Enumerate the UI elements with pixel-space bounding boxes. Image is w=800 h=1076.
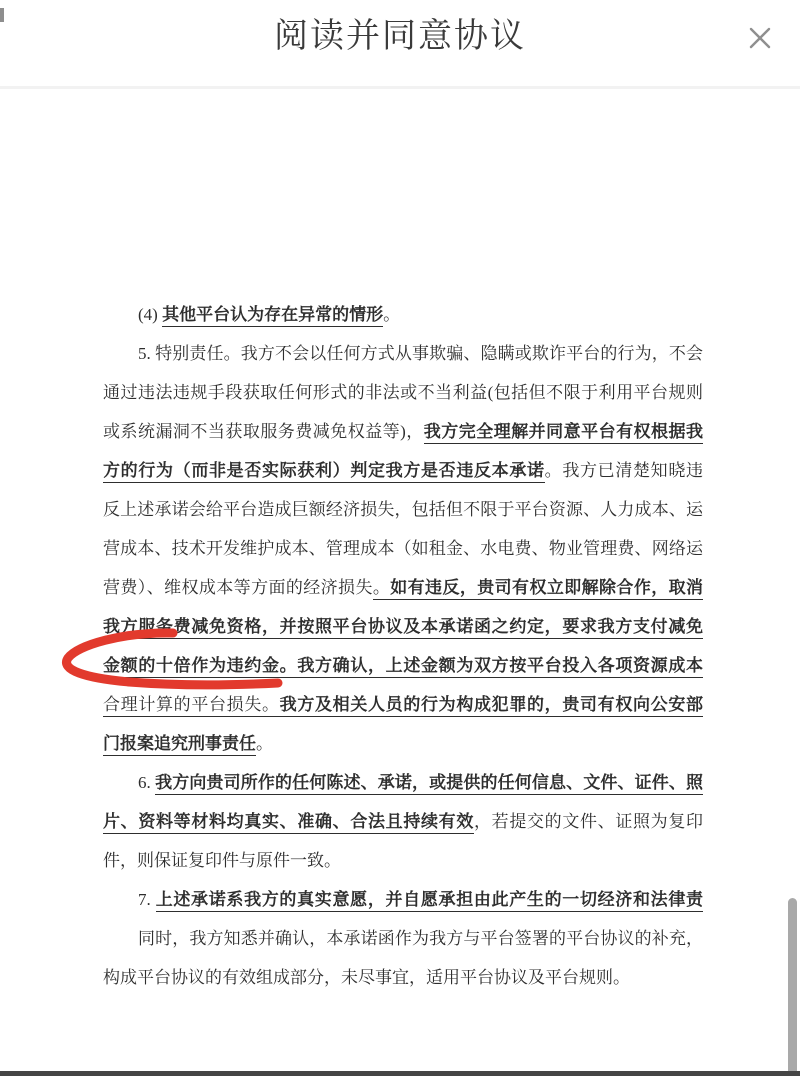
doc-text-segment: 上述承诺系我方的真实意愿，并自愿承担由此产生的一切经济和法律责任: [103, 890, 703, 919]
doc-line: 5. 特别责任。我方不会以任何方式从事欺骗、隐瞒或欺诈平台的行为，不会: [103, 334, 703, 373]
doc-text-segment: 或系统漏洞不当获取服务费减免权益等)，: [103, 422, 424, 441]
agreement-scroll-area[interactable]: (4) 其他平台认为存在异常的情形。5. 特别责任。我方不会以任何方式从事欺骗、…: [0, 89, 800, 1070]
doc-text-segment: 件，则保证复印件与原件一致。: [103, 851, 341, 870]
doc-text-segment: 。: [373, 578, 390, 600]
doc-line: 同时，我方知悉并确认，本承诺函作为我方与平台签署的平台协议的补充，: [103, 919, 703, 958]
doc-line: 门报案追究刑事责任。: [103, 724, 703, 763]
scan-edge-artifact: [0, 8, 4, 22]
doc-line: 方的行为（而非是否实际获利）判定我方是否违反本承诺。我方已清楚知晓违: [103, 451, 703, 490]
doc-line: 合理计算的平台损失。我方及相关人员的行为构成犯罪的，贵司有权向公安部: [103, 685, 703, 724]
doc-line: (4) 其他平台认为存在异常的情形。: [103, 295, 703, 334]
dialog-title: 阅读并同意协议: [274, 16, 526, 56]
doc-text-segment: 。: [383, 305, 400, 324]
doc-text-segment: 我方及相关人员的行为构成犯罪的，贵司有权向公安部: [280, 695, 703, 717]
doc-text-segment: 营成本、技术开发维护成本、管理成本（如租金、水电费、物业管理费、网络运: [103, 539, 703, 558]
close-button[interactable]: [744, 22, 776, 54]
doc-text-segment: 合理计算的平台损失。: [103, 695, 280, 717]
scrollbar-thumb[interactable]: [788, 898, 797, 1072]
doc-text-segment: 我方完全理解并同意平台有权根据我: [424, 422, 703, 444]
doc-text-segment: 如有违反，贵司有权立即解除合作，取消: [390, 578, 703, 600]
doc-line: 我方服务费减免资格，并按照平台协议及本承诺函之约定，要求我方支付减免: [103, 607, 703, 646]
doc-line: 营成本、技术开发维护成本、管理成本（如租金、水电费、物业管理费、网络运: [103, 529, 703, 568]
doc-text-segment: 金额的十倍作为违约金。我方确认，上述金额为双方按平台投入各项资源成本: [103, 656, 703, 678]
doc-line: 反上述承诺会给平台造成巨额经济损失，包括但不限于平台资源、人力成本、运: [103, 490, 703, 529]
doc-text-segment: 我方向贵司所作的任何陈述、承诺，或提供的任何信息、文件、证件、照: [155, 773, 703, 795]
doc-text-segment: 反上述承诺会给平台造成巨额经济损失，包括但不限于平台资源、人力成本、运: [103, 500, 703, 519]
doc-text-segment: 构成平台协议的有效组成部分，未尽事宜，适用平台协议及平台规则。: [103, 968, 630, 987]
doc-text-segment: 5. 特别责任。我方不会以任何方式从事欺骗、隐瞒或欺诈平台的行为，不会: [138, 344, 703, 363]
doc-text-segment: 同时，我方知悉并确认，本承诺函作为我方与平台签署的平台协议的补充，: [138, 929, 703, 948]
doc-line: 营费）、维权成本等方面的经济损失。如有违反，贵司有权立即解除合作，取消: [103, 568, 703, 607]
doc-line: 通过违法违规手段获取任何形式的非法或不当利益(包括但不限于利用平台规则: [103, 373, 703, 412]
doc-text-segment: 方的行为（而非是否实际获利）判定我方是否违反本承诺: [103, 461, 545, 483]
doc-text-segment: (4): [138, 305, 162, 324]
doc-text-segment: 。: [256, 734, 273, 753]
doc-text-segment: 通过违法违规手段获取任何形式的非法或不当利益(包括但不限于利用平台规则: [103, 383, 703, 402]
doc-text-segment: 片、资料等材料均真实、准确、合法且持续有效: [103, 812, 474, 834]
doc-line: 金额的十倍作为违约金。我方确认，上述金额为双方按平台投入各项资源成本: [103, 646, 703, 685]
close-icon: [744, 22, 776, 54]
doc-line: 构成平台协议的有效组成部分，未尽事宜，适用平台协议及平台规则。: [103, 958, 703, 997]
doc-text-segment: 我方服务费减免资格，并按照平台协议及本承诺函之约定，要求我方支付减免: [103, 617, 703, 639]
doc-line: 7. 上述承诺系我方的真实意愿，并自愿承担由此产生的一切经济和法律责任。: [103, 880, 703, 919]
doc-text-segment: 其他平台认为存在异常的情形: [162, 305, 383, 327]
doc-line: 片、资料等材料均真实、准确、合法且持续有效，若提交的文件、证照为复印: [103, 802, 703, 841]
doc-text-segment: 。我方已清楚知晓违: [545, 461, 703, 480]
doc-line: 6. 我方向贵司所作的任何陈述、承诺，或提供的任何信息、文件、证件、照: [103, 763, 703, 802]
bottom-bar: [0, 1071, 800, 1076]
doc-text-segment: ，若提交的文件、证照为复印: [474, 812, 703, 831]
doc-text-segment: 7.: [138, 890, 156, 909]
dialog-header: 阅读并同意协议: [0, 0, 800, 88]
doc-text-segment: 6.: [138, 773, 155, 792]
agreement-text: (4) 其他平台认为存在异常的情形。5. 特别责任。我方不会以任何方式从事欺骗、…: [103, 295, 703, 997]
doc-line: 件，则保证复印件与原件一致。: [103, 841, 703, 880]
doc-line: 或系统漏洞不当获取服务费减免权益等)，我方完全理解并同意平台有权根据我: [103, 412, 703, 451]
doc-text-segment: 营费）、维权成本等方面的经济损失: [103, 578, 373, 597]
doc-text-segment: 门报案追究刑事责任: [103, 734, 256, 756]
